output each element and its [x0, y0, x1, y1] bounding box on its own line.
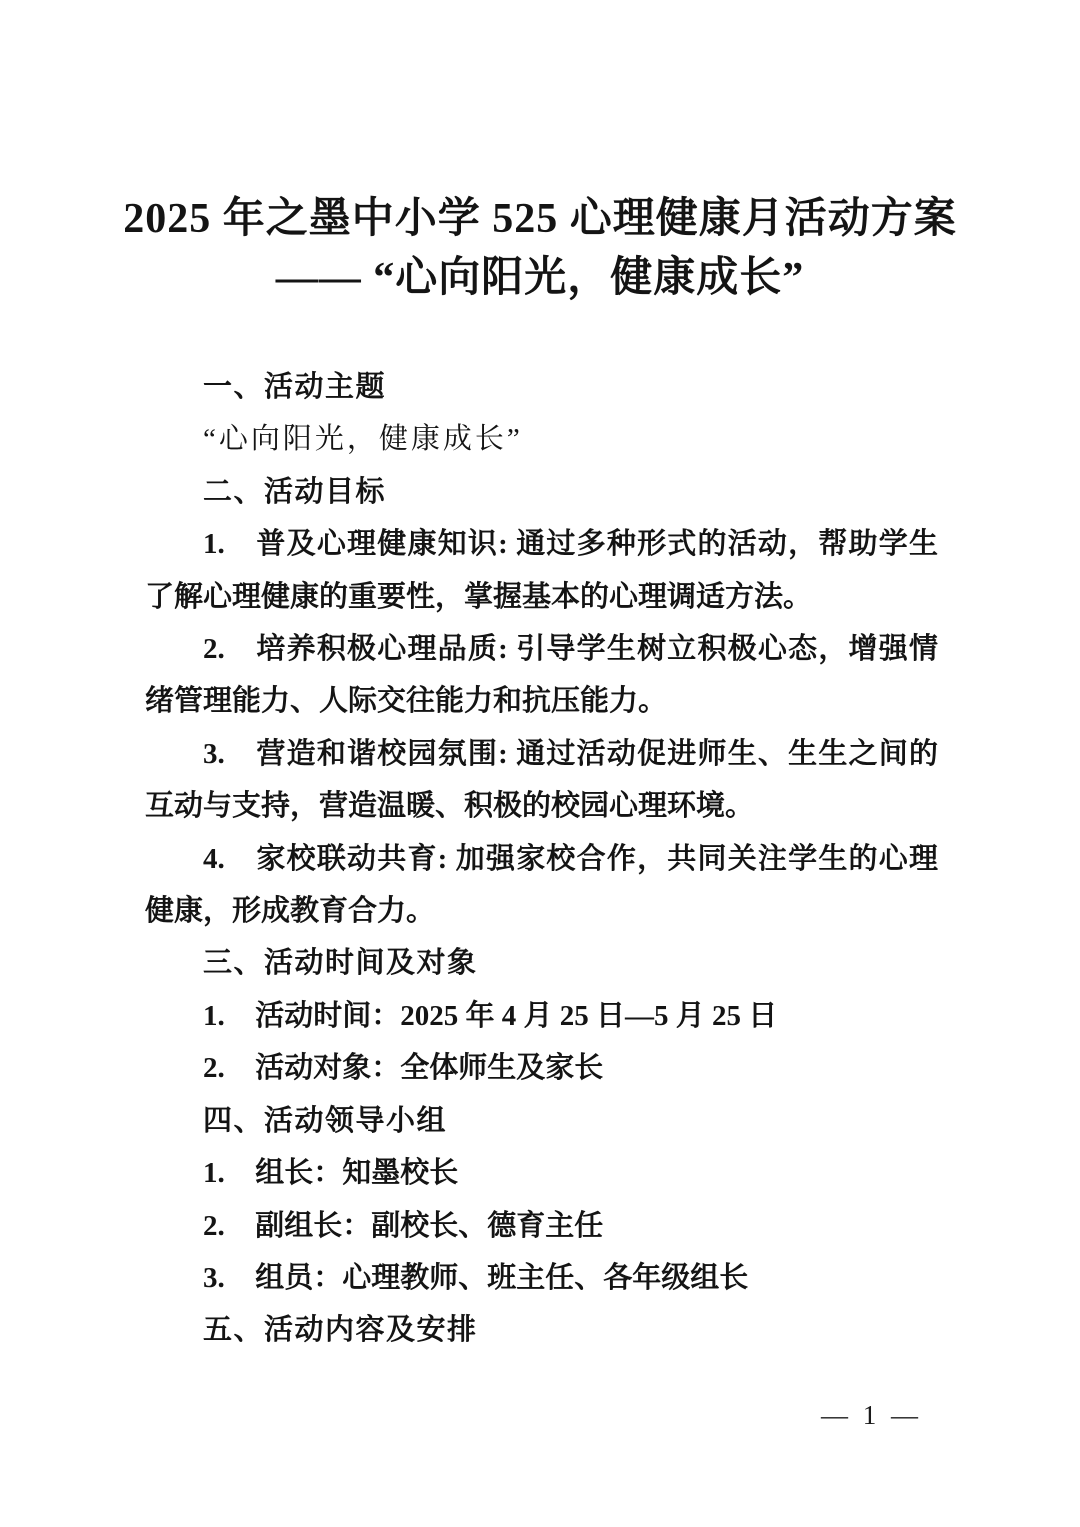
theme-quote: “心向阳光，健康成长”	[145, 413, 938, 465]
group-item-2: 2.副组长：副校长、德育主任	[145, 1200, 938, 1252]
document-body: 一、活动主题 “心向阳光，健康成长” 二、活动目标 1.普及心理健康知识: 通过…	[145, 361, 938, 1357]
item-text: 副组长：副校长、德育主任	[255, 1210, 603, 1242]
document-page: 2025 年之墨中小学 525 心理健康月活动方案 —— “心向阳光，健康成长”…	[0, 0, 1080, 1527]
section-heading-4: 四、活动领导小组	[145, 1095, 938, 1147]
goal-item-1: 1.普及心理健康知识: 通过多种形式的活动，帮助学生了解心理健康的重要性，掌握基…	[145, 518, 938, 623]
goal-item-4: 4.家校联动共育: 加强家校合作，共同关注学生的心理健康，形成教育合力。	[145, 833, 938, 938]
item-text: 活动时间：2025 年 4 月 25 日—5 月 25 日	[255, 1000, 777, 1032]
item-text: 普及心理健康知识: 通过多种形式的活动，帮助学生了解心理健康的重要性，掌握基本的…	[145, 528, 938, 612]
document-title: 2025 年之墨中小学 525 心理健康月活动方案 —— “心向阳光，健康成长”	[0, 0, 1080, 308]
group-item-3: 3.组员：心理教师、班主任、各年级组长	[145, 1252, 938, 1304]
goal-item-3: 3.营造和谐校园氛围: 通过活动促进师生、生生之间的互动与支持，营造温暖、积极的…	[145, 728, 938, 833]
item-number: 1.	[203, 528, 255, 560]
page-number: — 1 —	[821, 1400, 922, 1431]
item-text: 组长：知墨校长	[255, 1157, 458, 1189]
section-heading-1: 一、活动主题	[145, 361, 938, 413]
section-heading-2: 二、活动目标	[145, 466, 938, 518]
section-heading-3: 三、活动时间及对象	[145, 937, 938, 989]
item-number: 2.	[203, 1052, 255, 1084]
item-text: 活动对象：全体师生及家长	[255, 1052, 603, 1084]
document-title-line1: 2025 年之墨中小学 525 心理健康月活动方案	[0, 190, 1080, 249]
item-number: 4.	[203, 843, 255, 875]
section-heading-5: 五、活动内容及安排	[145, 1304, 938, 1356]
item-text: 组员：心理教师、班主任、各年级组长	[255, 1262, 748, 1294]
time-item-1: 1.活动时间：2025 年 4 月 25 日—5 月 25 日	[145, 990, 938, 1042]
item-number: 1.	[203, 1000, 255, 1032]
document-title-line2: —— “心向阳光，健康成长”	[0, 249, 1080, 308]
item-number: 2.	[203, 1210, 255, 1242]
item-text: 家校联动共育: 加强家校合作，共同关注学生的心理健康，形成教育合力。	[145, 843, 938, 927]
item-number: 3.	[203, 738, 255, 770]
group-item-1: 1.组长：知墨校长	[145, 1147, 938, 1199]
item-number: 1.	[203, 1157, 255, 1189]
item-number: 2.	[203, 633, 255, 665]
time-item-2: 2.活动对象：全体师生及家长	[145, 1042, 938, 1094]
goal-item-2: 2.培养积极心理品质: 引导学生树立积极心态，增强情绪管理能力、人际交往能力和抗…	[145, 623, 938, 728]
item-text: 培养积极心理品质: 引导学生树立积极心态，增强情绪管理能力、人际交往能力和抗压能…	[145, 633, 938, 717]
item-number: 3.	[203, 1262, 255, 1294]
item-text: 营造和谐校园氛围: 通过活动促进师生、生生之间的互动与支持，营造温暖、积极的校园…	[145, 738, 938, 822]
